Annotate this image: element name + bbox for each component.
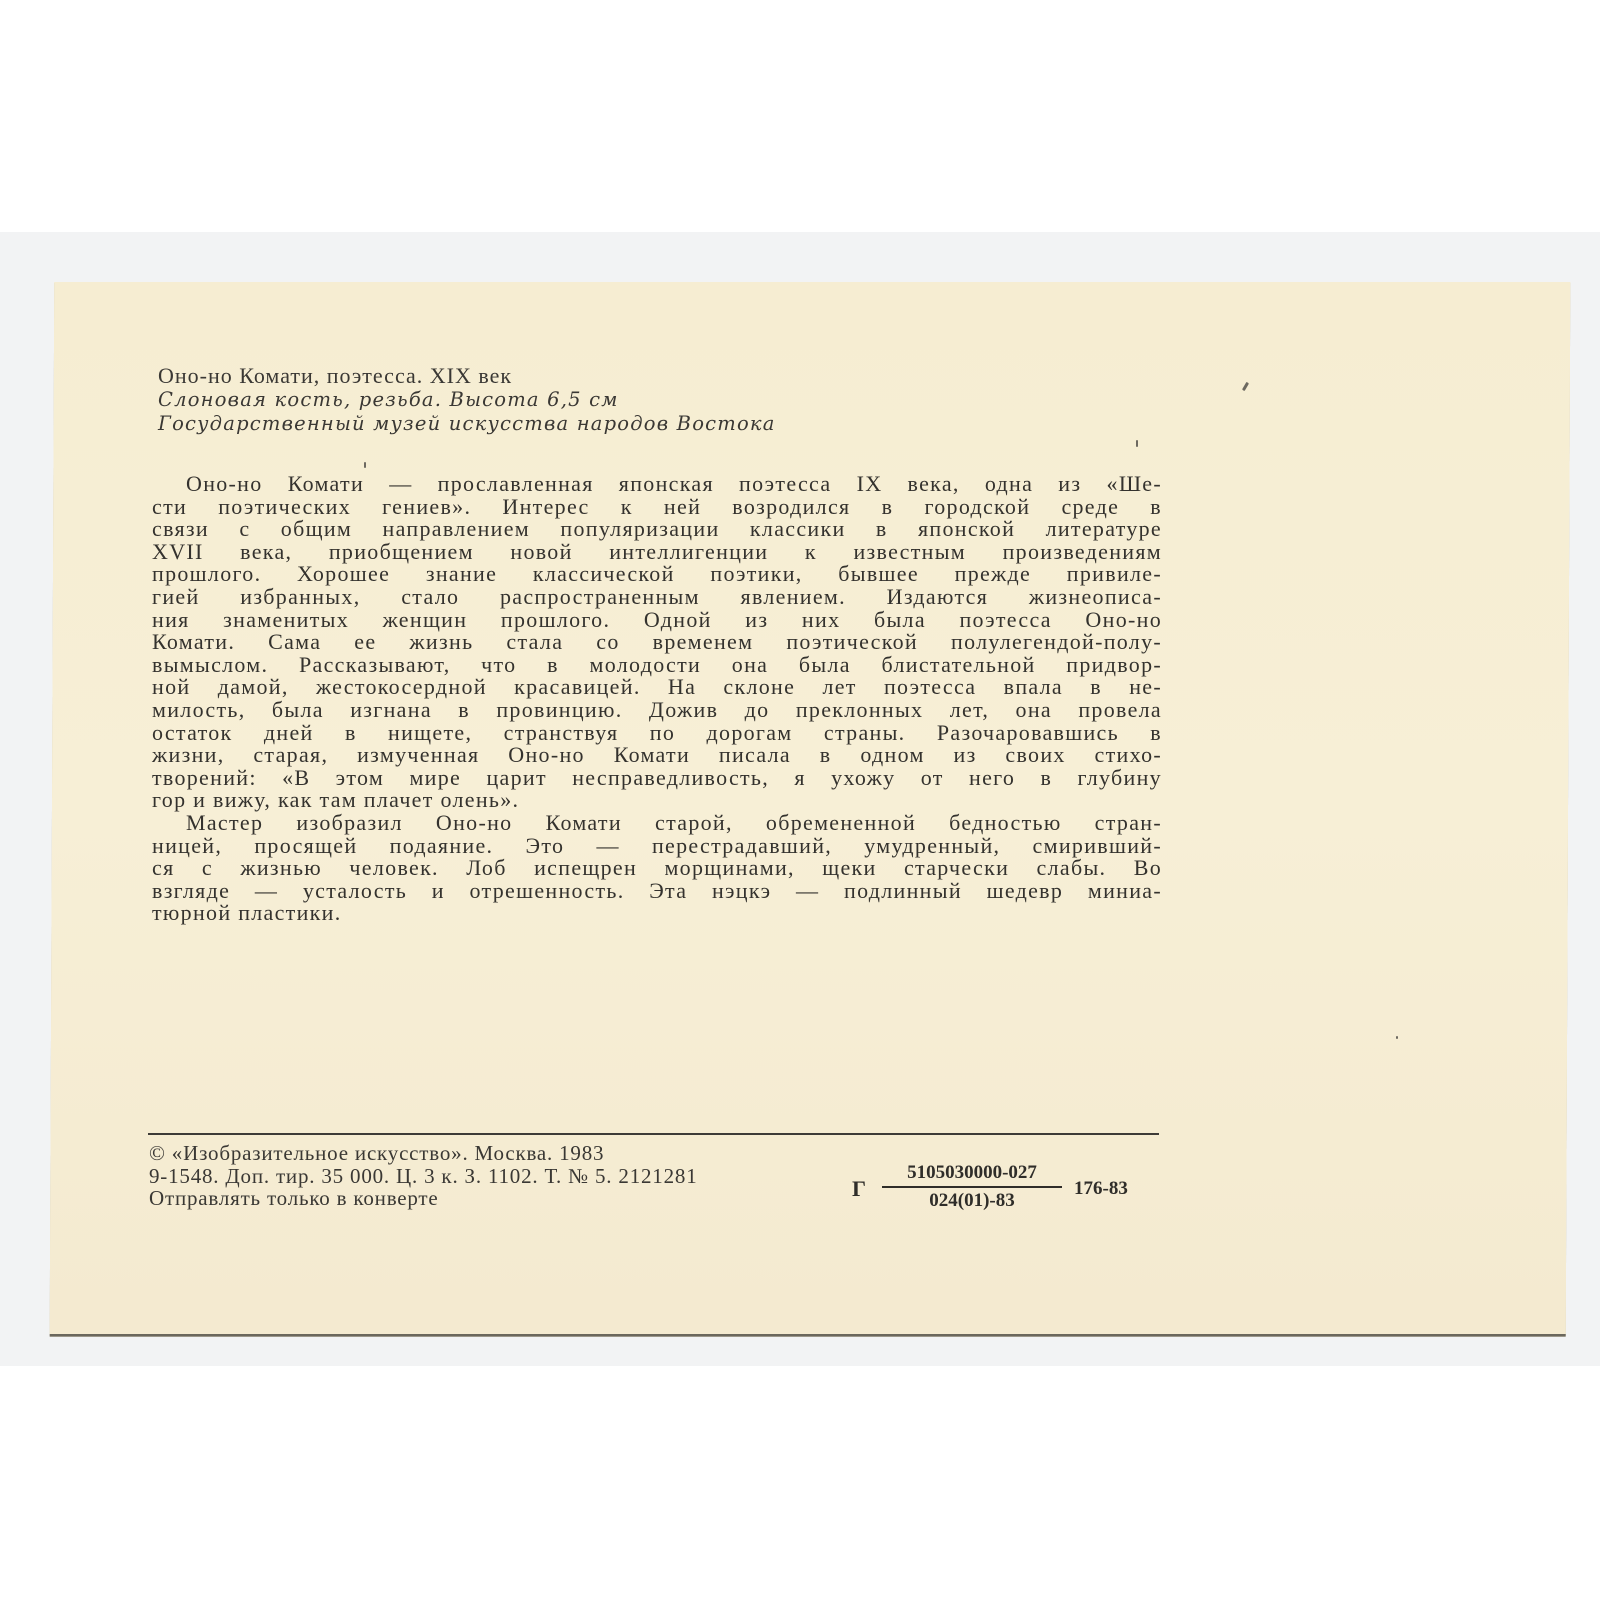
text-line: сти поэтических гениев». Интерес к ней в… [152,496,1162,519]
text-line: взгляде — усталость и отрешенность. Эта … [152,880,1162,903]
imprint-divider [148,1133,1159,1135]
catalog-index-code: Г 5105030000-027 024(01)-83 176-83 [852,1162,1128,1212]
imprint-block: © «Изобразительное искусство». Москва. 1… [149,1142,698,1210]
artwork-museum: Государственный музей искусства народов … [158,412,776,436]
text-line: тюрной пластики. [152,902,1162,925]
text-line: вымыслом. Рассказывают, что в молодости … [152,654,1162,677]
index-letter: Г [852,1176,866,1202]
artwork-title: Оно-но Комати, поэтесса. XIX век [158,364,776,388]
paper-speck [364,462,366,468]
text-line: XVII века, приобщением новой интеллигенц… [152,541,1162,564]
text-line: милость, была изгнана в провинцию. Дожив… [152,699,1162,722]
description-text: Оно-но Комати — прославленная японская п… [152,473,1162,925]
text-line: связи с общим направлением популяризации… [152,518,1162,541]
mailing-note: Отправлять только в конверте [149,1187,698,1210]
text-line: ной дамой, жестокосердной красавицей. На… [152,676,1162,699]
print-run-line: 9-1548. Доп. тир. 35 000. Ц. 3 к. З. 110… [149,1165,698,1188]
text-line: жизни, старая, измученная Оно-но Комати … [152,744,1162,767]
description-paragraph-1: Оно-но Комати — прославленная японская п… [152,473,1162,812]
artwork-material: Слоновая кость, резьба. Высота 6,5 см [158,388,776,412]
text-line: гор и вижу, как там плачет олень». [152,789,1162,812]
text-line: ницей, просящей подаяние. Это — перестра… [152,835,1162,858]
text-line: ся с жизнью человек. Лоб испещрен морщин… [152,857,1162,880]
text-line: гией избранных, стало распространенным я… [152,586,1162,609]
description-paragraph-2: Мастер изобразил Оно-но Комати старой, о… [152,812,1162,925]
index-denominator: 024(01)-83 [929,1188,1014,1212]
index-suffix: 176-83 [1074,1178,1128,1200]
index-numerator: 5105030000-027 [882,1162,1062,1188]
text-line: Комати. Сама ее жизнь стала со временем … [152,631,1162,654]
text-line: творений: «В этом мире царит несправедли… [152,767,1162,790]
index-fraction: 5105030000-027 024(01)-83 [882,1162,1062,1212]
text-line: ния знаменитых женщин прошлого. Одной из… [152,609,1162,632]
paper-speck [1396,1036,1398,1039]
text-line: Мастер изобразил Оно-но Комати старой, о… [152,812,1162,835]
paper-speck [1136,440,1138,447]
text-line: остаток дней в нищете, странствуя по дор… [152,722,1162,745]
text-line: прошлого. Хорошее знание классической по… [152,563,1162,586]
text-line: Оно-но Комати — прославленная японская п… [152,473,1162,496]
artwork-caption: Оно-но Комати, поэтесса. XIX век Слонова… [158,364,776,436]
publisher-line: © «Изобразительное искусство». Москва. 1… [149,1142,698,1165]
